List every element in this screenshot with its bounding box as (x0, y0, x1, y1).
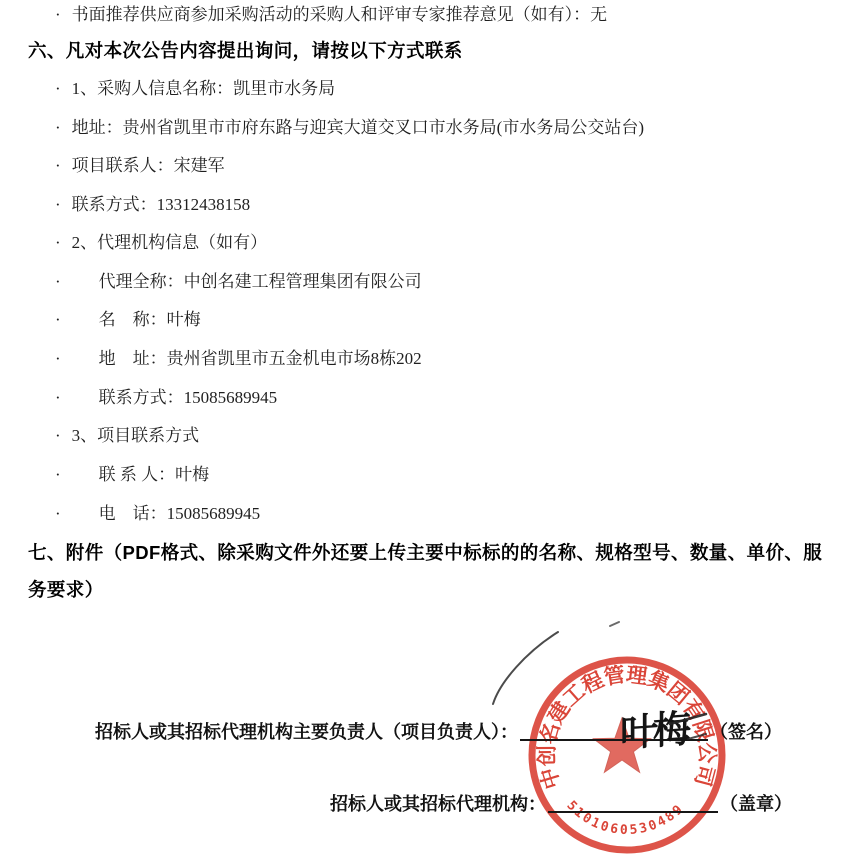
list-item-text: 2、代理机构信息（如有） (72, 233, 268, 252)
bullet-icon: · (55, 118, 61, 138)
list-item: ·项目联系人：宋建军 (55, 156, 225, 176)
pen-dash-stroke (670, 714, 706, 724)
list-item-text: 联系方式：15085689945 (99, 388, 278, 407)
pen-scribble-strokes (460, 615, 720, 760)
bullet-icon: · (55, 388, 61, 408)
list-item-text: 名 称：叶梅 (99, 310, 201, 329)
list-item: ·2、代理机构信息（如有） (55, 233, 267, 253)
section-six-heading: 六、凡对本次公告内容提出询问，请按以下方式联系 (28, 32, 463, 69)
pen-curve-stroke (493, 632, 558, 704)
list-item-text: 联系方式：13312438158 (72, 195, 251, 214)
list-item-text: 地 址：贵州省凯里市五金机电市场8栋202 (99, 349, 422, 368)
section-seven-heading: 七、附件（PDF格式、除采购文件外还要上传主要中标标的的名称、规格型号、数量、单… (28, 534, 823, 608)
bullet-icon: · (55, 272, 61, 292)
list-item: ·联系方式：15085689945 (55, 388, 277, 408)
list-item: ·联 系 人：叶梅 (55, 465, 209, 485)
list-item-text: 3、项目联系方式 (72, 426, 200, 445)
list-item: ·3、项目联系方式 (55, 426, 199, 446)
signature-row-agency: 招标人或其招标代理机构：（盖章） (330, 790, 792, 816)
signature-line2-label: 招标人或其招标代理机构： (330, 790, 546, 816)
bullet-icon: · (55, 195, 61, 215)
list-item-text: 电 话：15085689945 (99, 504, 261, 523)
list-item: ·书面推荐供应商参加采购活动的采购人和评审专家推荐意见（如有）：无 (55, 5, 607, 25)
list-item: ·电 话：15085689945 (55, 504, 260, 524)
bullet-icon: · (55, 465, 61, 485)
signature-line1-label: 招标人或其招标代理机构主要负责人（项目负责人）： (95, 718, 518, 744)
bullet-icon: · (55, 504, 61, 524)
bullet-icon: · (55, 79, 61, 99)
list-item-text: 联 系 人：叶梅 (99, 465, 210, 484)
list-item-text: 1、采购人信息名称：凯里市水务局 (72, 79, 336, 98)
signature-line1-suffix: （签名） (710, 718, 782, 744)
bullet-icon: · (55, 349, 61, 369)
bullet-icon: · (55, 426, 61, 446)
list-item-text: 项目联系人：宋建军 (72, 156, 225, 175)
pen-tick-stroke (610, 622, 619, 626)
list-item-text: 代理全称：中创名建工程管理集团有限公司 (99, 272, 422, 291)
list-item: ·地址：贵州省凯里市市府东路与迎宾大道交叉口市水务局(市水务局公交站台) (55, 118, 644, 138)
list-item-text: 地址：贵州省凯里市市府东路与迎宾大道交叉口市水务局(市水务局公交站台) (72, 118, 644, 137)
bullet-icon: · (55, 156, 61, 176)
list-item-text: 书面推荐供应商参加采购活动的采购人和评审专家推荐意见（如有）：无 (72, 5, 608, 24)
pen-dash-stroke (688, 734, 706, 739)
bullet-icon: · (55, 310, 61, 330)
list-item: ·1、采购人信息名称：凯里市水务局 (55, 79, 335, 99)
list-item: ·地 址：贵州省凯里市五金机电市场8栋202 (55, 349, 422, 369)
list-item: ·联系方式：13312438158 (55, 195, 250, 215)
signature-line2-suffix: （盖章） (720, 790, 792, 816)
list-item: ·名 称：叶梅 (55, 310, 201, 330)
bullet-icon: · (55, 5, 61, 25)
list-item: ·代理全称：中创名建工程管理集团有限公司 (55, 272, 422, 292)
stamp-blank-line (548, 807, 718, 813)
bullet-icon: · (55, 233, 61, 253)
procurement-announcement-document: ·书面推荐供应商参加采购活动的采购人和评审专家推荐意见（如有）：无 六、凡对本次… (0, 0, 847, 862)
